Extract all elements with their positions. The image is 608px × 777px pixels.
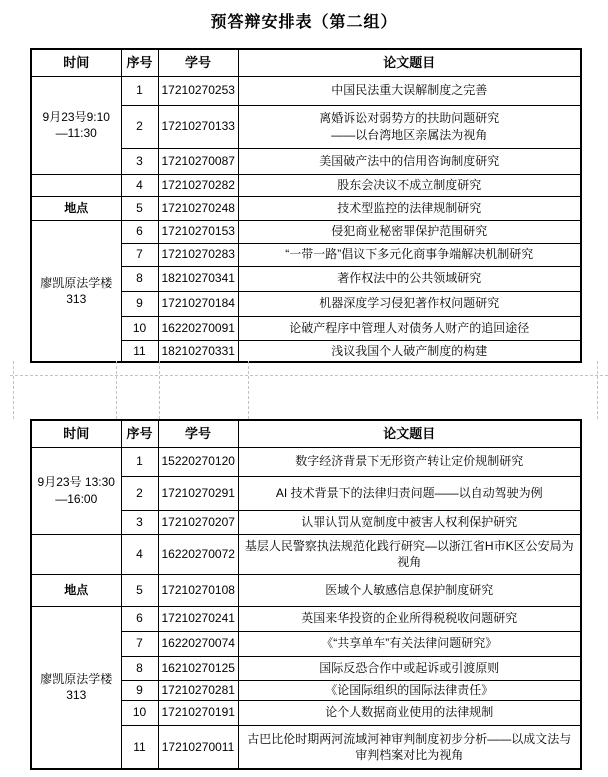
table-row: 4 16220270072 基层人民警察执法规范化践行研究—以浙江省H市K区公安… bbox=[31, 534, 581, 574]
seq-cell: 2 bbox=[121, 105, 158, 148]
thesis-title-cell: “一带一路”倡议下多元化商事争端解决机制研究 bbox=[238, 243, 581, 266]
seq-cell: 2 bbox=[121, 476, 158, 510]
student-id-cell: 16220270074 bbox=[158, 631, 238, 656]
thesis-title-cell: 《“共享单车”有关法律问题研究》 bbox=[238, 631, 581, 656]
thesis-title-cell: 论个人数据商业使用的法律规制 bbox=[238, 700, 581, 725]
student-id-cell: 17210270011 bbox=[158, 725, 238, 769]
time-cell: 9月23号 13:30 —16:00 bbox=[31, 447, 121, 534]
schedule-table-session1: 时间 序号 学号 论文题目 9月23号9:10 —11:30 1 1721027… bbox=[30, 48, 582, 363]
table-row: 地点 5 17210270248 技术型监控的法律规制研究 bbox=[31, 196, 581, 220]
excel-gridline-vertical bbox=[248, 361, 249, 419]
thesis-title-cell: 股东会决议不成立制度研究 bbox=[238, 174, 581, 196]
location-cell: 廖凯原法学楼 313 bbox=[31, 220, 121, 362]
header-cell-student-id: 学号 bbox=[158, 420, 238, 447]
header-row: 时间 序号 学号 论文题目 bbox=[31, 49, 581, 76]
student-id-cell: 17210270248 bbox=[158, 196, 238, 220]
seq-cell: 3 bbox=[121, 148, 158, 174]
empty-cell bbox=[31, 174, 121, 196]
spreadsheet-page: 预答辩安排表（第二组） 时间 序号 学号 论文题目 9月23号9:10 —11:… bbox=[0, 0, 608, 777]
thesis-title-cell: 著作权法中的公共领域研究 bbox=[238, 266, 581, 291]
student-id-cell: 16220270091 bbox=[158, 316, 238, 340]
student-id-cell: 17210270153 bbox=[158, 220, 238, 243]
seq-cell: 11 bbox=[121, 725, 158, 769]
thesis-title-cell: 英国来华投资的企业所得税税收问题研究 bbox=[238, 606, 581, 631]
student-id-cell: 17210270282 bbox=[158, 174, 238, 196]
thesis-title-cell: 离婚诉讼对弱势方的扶助问题研究 ——以台湾地区亲属法为视角 bbox=[238, 105, 581, 148]
location-cell: 廖凯原法学楼 313 bbox=[31, 606, 121, 769]
student-id-cell: 17210270184 bbox=[158, 291, 238, 316]
header-cell-time: 时间 bbox=[31, 420, 121, 447]
student-id-cell: 18210270331 bbox=[158, 340, 238, 362]
excel-gridline-horizontal bbox=[10, 375, 608, 376]
thesis-title-cell: 认罪认罚从宽制度中被害人权利保护研究 bbox=[238, 510, 581, 534]
seq-cell: 5 bbox=[121, 196, 158, 220]
excel-gridline-vertical bbox=[116, 361, 117, 419]
seq-cell: 9 bbox=[121, 680, 158, 700]
student-id-cell: 17210270191 bbox=[158, 700, 238, 725]
thesis-title-cell: 技术型监控的法律规制研究 bbox=[238, 196, 581, 220]
thesis-title-cell: 古巴比伦时期两河流域河神审判制度初步分析——以成文法与审判档案对比为视角 bbox=[238, 725, 581, 769]
student-id-cell: 18210270341 bbox=[158, 266, 238, 291]
thesis-title-cell: 《论国际组织的国际法律责任》 bbox=[238, 680, 581, 700]
thesis-title-cell: 美国破产法中的信用咨询制度研究 bbox=[238, 148, 581, 174]
seq-cell: 9 bbox=[121, 291, 158, 316]
student-id-cell: 17210270291 bbox=[158, 476, 238, 510]
header-cell-thesis-title: 论文题目 bbox=[238, 49, 581, 76]
thesis-title-cell: 基层人民警察执法规范化践行研究—以浙江省H市K区公安局为视角 bbox=[238, 534, 581, 574]
seq-cell: 1 bbox=[121, 76, 158, 105]
thesis-title-cell: 国际反恐合作中或起诉或引渡原则 bbox=[238, 656, 581, 680]
excel-gridline-vertical bbox=[597, 361, 598, 419]
student-id-cell: 17210270241 bbox=[158, 606, 238, 631]
seq-cell: 4 bbox=[121, 534, 158, 574]
seq-cell: 10 bbox=[121, 316, 158, 340]
thesis-title-cell: 浅议我国个人破产制度的构建 bbox=[238, 340, 581, 362]
seq-cell: 3 bbox=[121, 510, 158, 534]
time-cell: 9月23号9:10 —11:30 bbox=[31, 76, 121, 174]
header-cell-thesis-title: 论文题目 bbox=[238, 420, 581, 447]
student-id-cell: 17210270253 bbox=[158, 76, 238, 105]
table-row: 廖凯原法学楼 313 6 17210270153 侵犯商业秘密罪保护范围研究 bbox=[31, 220, 581, 243]
student-id-cell: 17210270108 bbox=[158, 574, 238, 606]
seq-cell: 10 bbox=[121, 700, 158, 725]
location-label-cell: 地点 bbox=[31, 196, 121, 220]
location-label-cell: 地点 bbox=[31, 574, 121, 606]
table-row: 廖凯原法学楼 313 6 17210270241 英国来华投资的企业所得税税收问… bbox=[31, 606, 581, 631]
header-cell-student-id: 学号 bbox=[158, 49, 238, 76]
thesis-title-cell: 侵犯商业秘密罪保护范围研究 bbox=[238, 220, 581, 243]
seq-cell: 7 bbox=[121, 631, 158, 656]
thesis-title-cell: 数字经济背景下无形资产转让定价规制研究 bbox=[238, 447, 581, 476]
table-row: 9月23号9:10 —11:30 1 17210270253 中国民法重大误解制… bbox=[31, 76, 581, 105]
excel-gridline-vertical bbox=[159, 361, 160, 419]
empty-cell bbox=[31, 534, 121, 574]
student-id-cell: 17210270283 bbox=[158, 243, 238, 266]
thesis-title-cell: 中国民法重大误解制度之完善 bbox=[238, 76, 581, 105]
student-id-cell: 17210270281 bbox=[158, 680, 238, 700]
seq-cell: 4 bbox=[121, 174, 158, 196]
seq-cell: 8 bbox=[121, 266, 158, 291]
thesis-title-cell: 论破产程序中管理人对债务人财产的追回途径 bbox=[238, 316, 581, 340]
seq-cell: 5 bbox=[121, 574, 158, 606]
student-id-cell: 16220270072 bbox=[158, 534, 238, 574]
table-row: 地点 5 17210270108 医域个人敏感信息保护制度研究 bbox=[31, 574, 581, 606]
schedule-table-session2: 时间 序号 学号 论文题目 9月23号 13:30 —16:00 1 15220… bbox=[30, 419, 582, 770]
seq-cell: 6 bbox=[121, 606, 158, 631]
excel-gridline-vertical bbox=[13, 361, 14, 419]
student-id-cell: 17210270087 bbox=[158, 148, 238, 174]
table-row: 4 17210270282 股东会决议不成立制度研究 bbox=[31, 174, 581, 196]
table-row: 9月23号 13:30 —16:00 1 15220270120 数字经济背景下… bbox=[31, 447, 581, 476]
thesis-title-cell: AI 技术背景下的法律归责问题——以自动驾驶为例 bbox=[238, 476, 581, 510]
student-id-cell: 15220270120 bbox=[158, 447, 238, 476]
seq-cell: 8 bbox=[121, 656, 158, 680]
seq-cell: 1 bbox=[121, 447, 158, 476]
header-cell-seq: 序号 bbox=[121, 420, 158, 447]
header-cell-time: 时间 bbox=[31, 49, 121, 76]
page-title: 预答辩安排表（第二组） bbox=[0, 9, 608, 32]
seq-cell: 11 bbox=[121, 340, 158, 362]
student-id-cell: 16210270125 bbox=[158, 656, 238, 680]
student-id-cell: 17210270207 bbox=[158, 510, 238, 534]
header-row: 时间 序号 学号 论文题目 bbox=[31, 420, 581, 447]
seq-cell: 6 bbox=[121, 220, 158, 243]
seq-cell: 7 bbox=[121, 243, 158, 266]
student-id-cell: 17210270133 bbox=[158, 105, 238, 148]
thesis-title-cell: 医域个人敏感信息保护制度研究 bbox=[238, 574, 581, 606]
thesis-title-cell: 机器深度学习侵犯著作权问题研究 bbox=[238, 291, 581, 316]
header-cell-seq: 序号 bbox=[121, 49, 158, 76]
